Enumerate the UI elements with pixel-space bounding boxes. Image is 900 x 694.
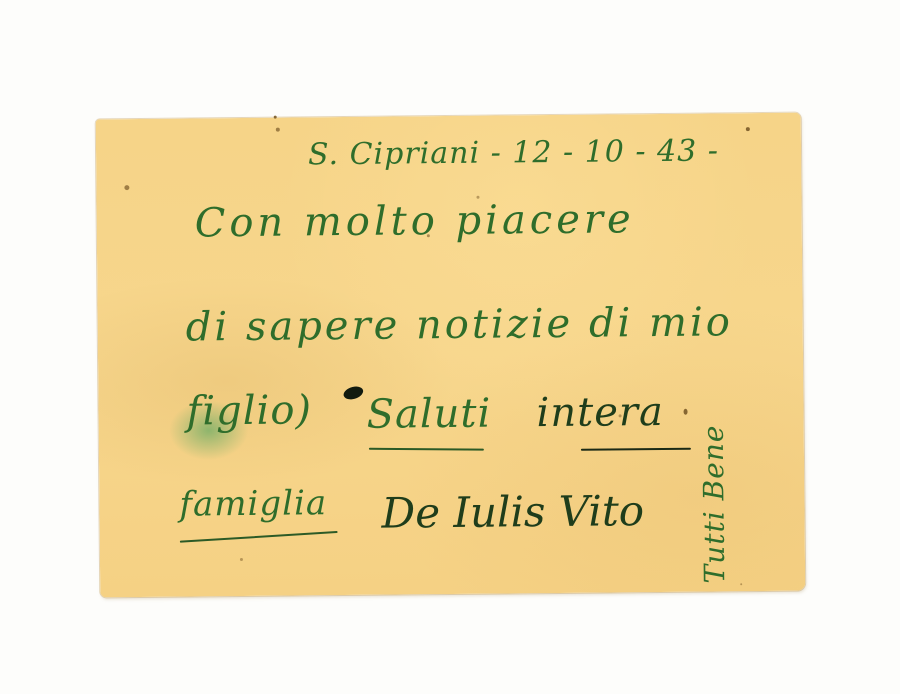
paper-speck xyxy=(746,127,750,131)
message-line-2: di sapere notizie di mio xyxy=(186,299,734,350)
underline-intera xyxy=(581,448,691,451)
underline-saluti xyxy=(369,448,484,451)
signature: De Iulis Vito xyxy=(381,486,644,538)
underline-famiglia xyxy=(180,531,338,543)
message-line-3-figlio: figlio) xyxy=(186,387,312,434)
message-line-3-intera: intera xyxy=(536,389,664,436)
message-line-3-saluti: Saluti xyxy=(366,391,491,438)
place-date-header: S. Cipriani - 12 - 10 - 43 - xyxy=(308,133,719,172)
paper-speck xyxy=(274,116,277,119)
paper-speck xyxy=(684,409,688,415)
ink-drop xyxy=(342,384,365,402)
postcard: S. Cipriani - 12 - 10 - 43 - Con molto p… xyxy=(96,113,806,598)
message-line-4: famiglia xyxy=(179,483,327,524)
paper-speck xyxy=(276,128,280,132)
paper-speck xyxy=(740,583,742,585)
paper-speck xyxy=(124,185,129,190)
paper-speck xyxy=(240,558,243,561)
side-note-vertical: Tutti Bene xyxy=(697,424,732,583)
scanned-postcard-scene: S. Cipriani - 12 - 10 - 43 - Con molto p… xyxy=(0,0,900,694)
message-line-1: Con molto piacere xyxy=(195,196,635,246)
